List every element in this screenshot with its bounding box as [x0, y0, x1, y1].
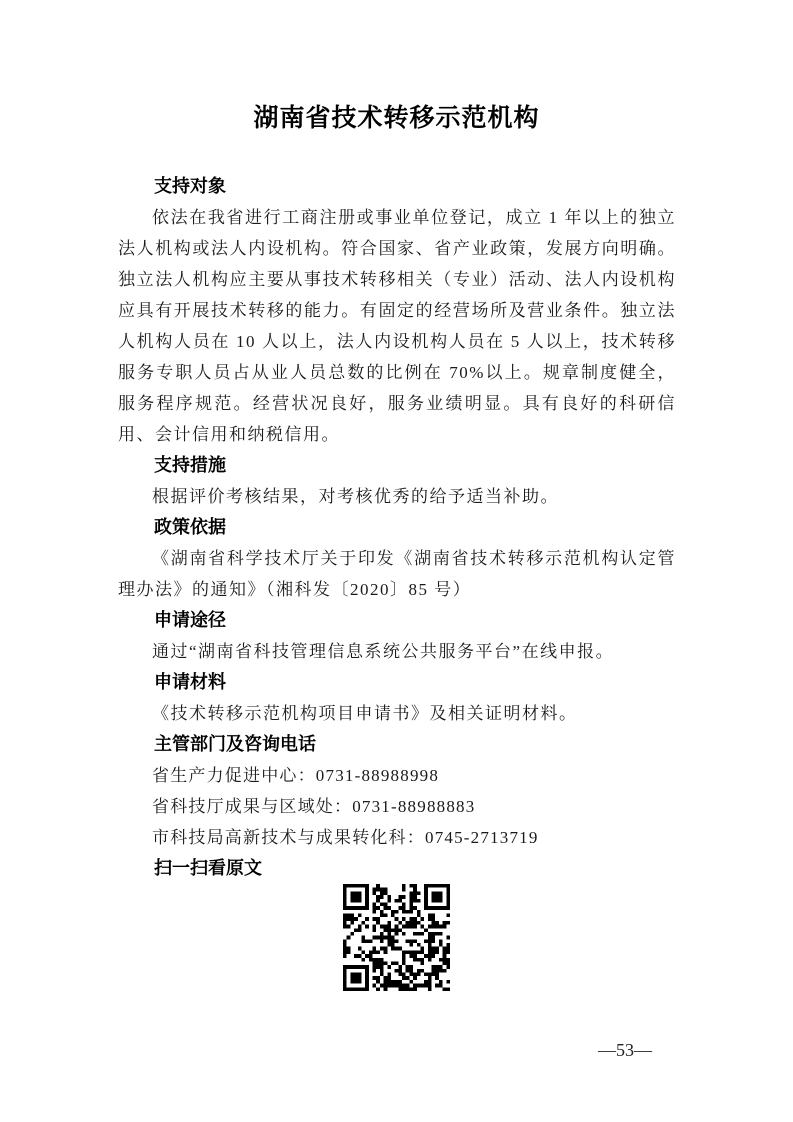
paragraph-policy-basis: 《湖南省科学技术厅关于印发《湖南省技术转移示范机构认定管理办法》的通知》（湘科发…: [118, 543, 676, 605]
section-heading-application-channel: 申请途径: [118, 605, 676, 636]
paragraph-application-channel: 通过“湖南省科技管理信息系统公共服务平台”在线申报。: [118, 636, 676, 667]
contact-line-city-bureau: 市科技局高新技术与成果转化科：0745-2713719: [118, 822, 676, 853]
document-body: 支持对象 依法在我省进行工商注册或事业单位登记，成立 1 年以上的独立法人机构或…: [118, 171, 676, 991]
document-page: 湖南省技术转移示范机构 支持对象 依法在我省进行工商注册或事业单位登记，成立 1…: [0, 0, 793, 1122]
paragraph-support-target: 依法在我省进行工商注册或事业单位登记，成立 1 年以上的独立法人机构或法人内设机…: [118, 202, 676, 450]
paragraph-application-materials: 《技术转移示范机构项目申请书》及相关证明材料。: [118, 698, 676, 729]
section-heading-department-contacts: 主管部门及咨询电话: [118, 729, 676, 760]
section-heading-scan-original: 扫一扫看原文: [118, 853, 676, 884]
paragraph-support-measures: 根据评价考核结果，对考核优秀的给予适当补助。: [118, 481, 676, 512]
section-heading-application-materials: 申请材料: [118, 667, 676, 698]
contact-line-science-dept: 省科技厅成果与区域处：0731-88988883: [118, 791, 676, 822]
section-heading-policy-basis: 政策依据: [118, 512, 676, 543]
document-title: 湖南省技术转移示范机构: [0, 0, 793, 137]
section-heading-support-measures: 支持措施: [118, 450, 676, 481]
page-number: —53—: [598, 1040, 652, 1061]
qr-code-image: [343, 884, 450, 991]
section-heading-support-target: 支持对象: [118, 171, 676, 202]
qr-code: [343, 884, 450, 991]
contact-line-productivity-center: 省生产力促进中心：0731-88988998: [118, 760, 676, 791]
